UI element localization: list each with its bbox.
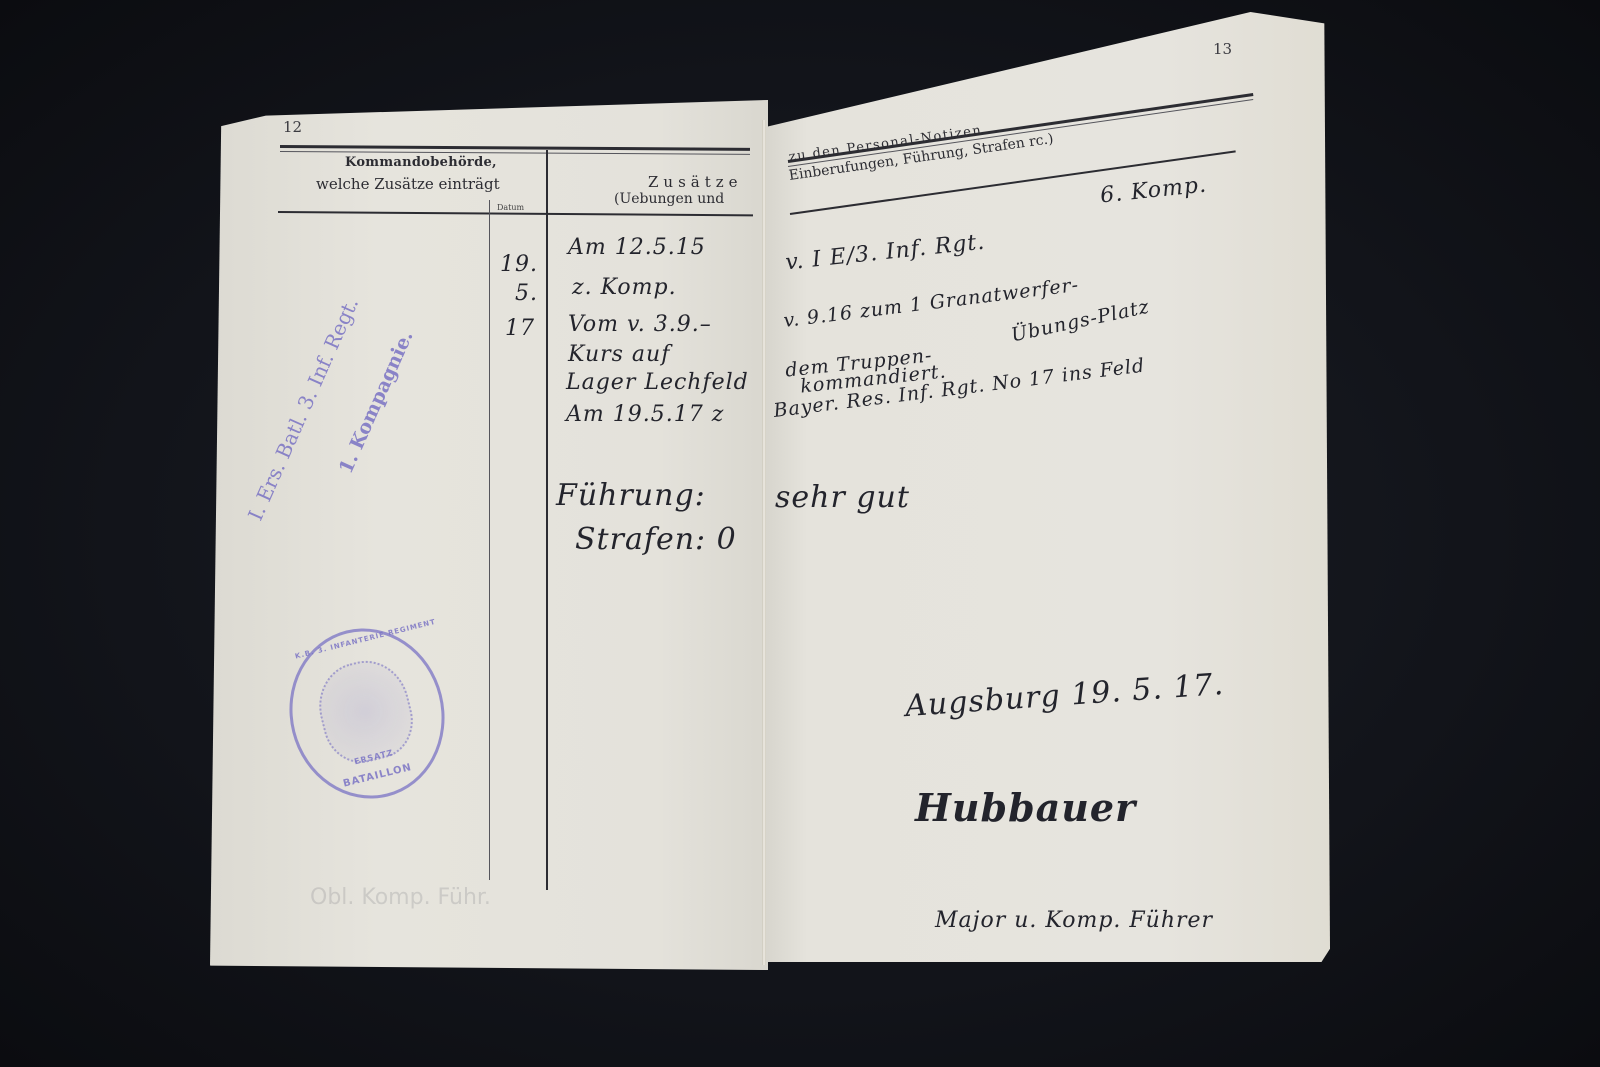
left-column-divider — [546, 150, 548, 890]
entry-sehr-gut: sehr gut — [775, 480, 910, 515]
entry-z-komp: z. Komp. — [572, 275, 677, 300]
datum-day: 19. — [500, 252, 538, 277]
bleed-through-text: Obl. Komp. Führ. — [310, 885, 491, 910]
entry-strafen: Strafen: 0 — [575, 522, 737, 557]
signature: Hubbauer — [915, 785, 1136, 830]
military-pass-spread: 12 13 Kommandobehörde, welche Zusätze ei… — [0, 0, 1600, 1067]
entry-fuehrung: Führung: — [556, 478, 706, 513]
header-datum: Datum — [497, 203, 524, 212]
entry-kurs-auf: Kurs auf — [568, 342, 670, 367]
datum-column-divider — [489, 200, 490, 880]
book-gutter — [762, 120, 766, 965]
entry-am-19-5-17: Am 19.5.17 z — [566, 402, 724, 427]
page-number-left: 12 — [283, 118, 302, 136]
signature-title: Major u. Komp. Führer — [935, 908, 1213, 933]
entry-am-12-5-15: Am 12.5.15 — [568, 235, 706, 260]
datum-month: 5. — [515, 281, 538, 306]
entry-vom-3-9: Vom v. 3.9.– — [568, 312, 712, 337]
header-zusaetze: Zusätze — [648, 173, 743, 191]
header-uebungen: (Uebungen und — [614, 191, 724, 207]
datum-year: 17 — [505, 316, 535, 341]
seal-crest-icon — [310, 652, 422, 771]
seal-bottom-text: BATAILLON — [342, 762, 413, 790]
header-kommandobehoerde: Kommandobehörde, — [345, 155, 497, 170]
page-number-right: 13 — [1213, 40, 1232, 58]
entry-lager-lechfeld: Lager Lechfeld — [566, 370, 749, 395]
header-welche-zusaetze: welche Zusätze einträgt — [316, 175, 500, 193]
